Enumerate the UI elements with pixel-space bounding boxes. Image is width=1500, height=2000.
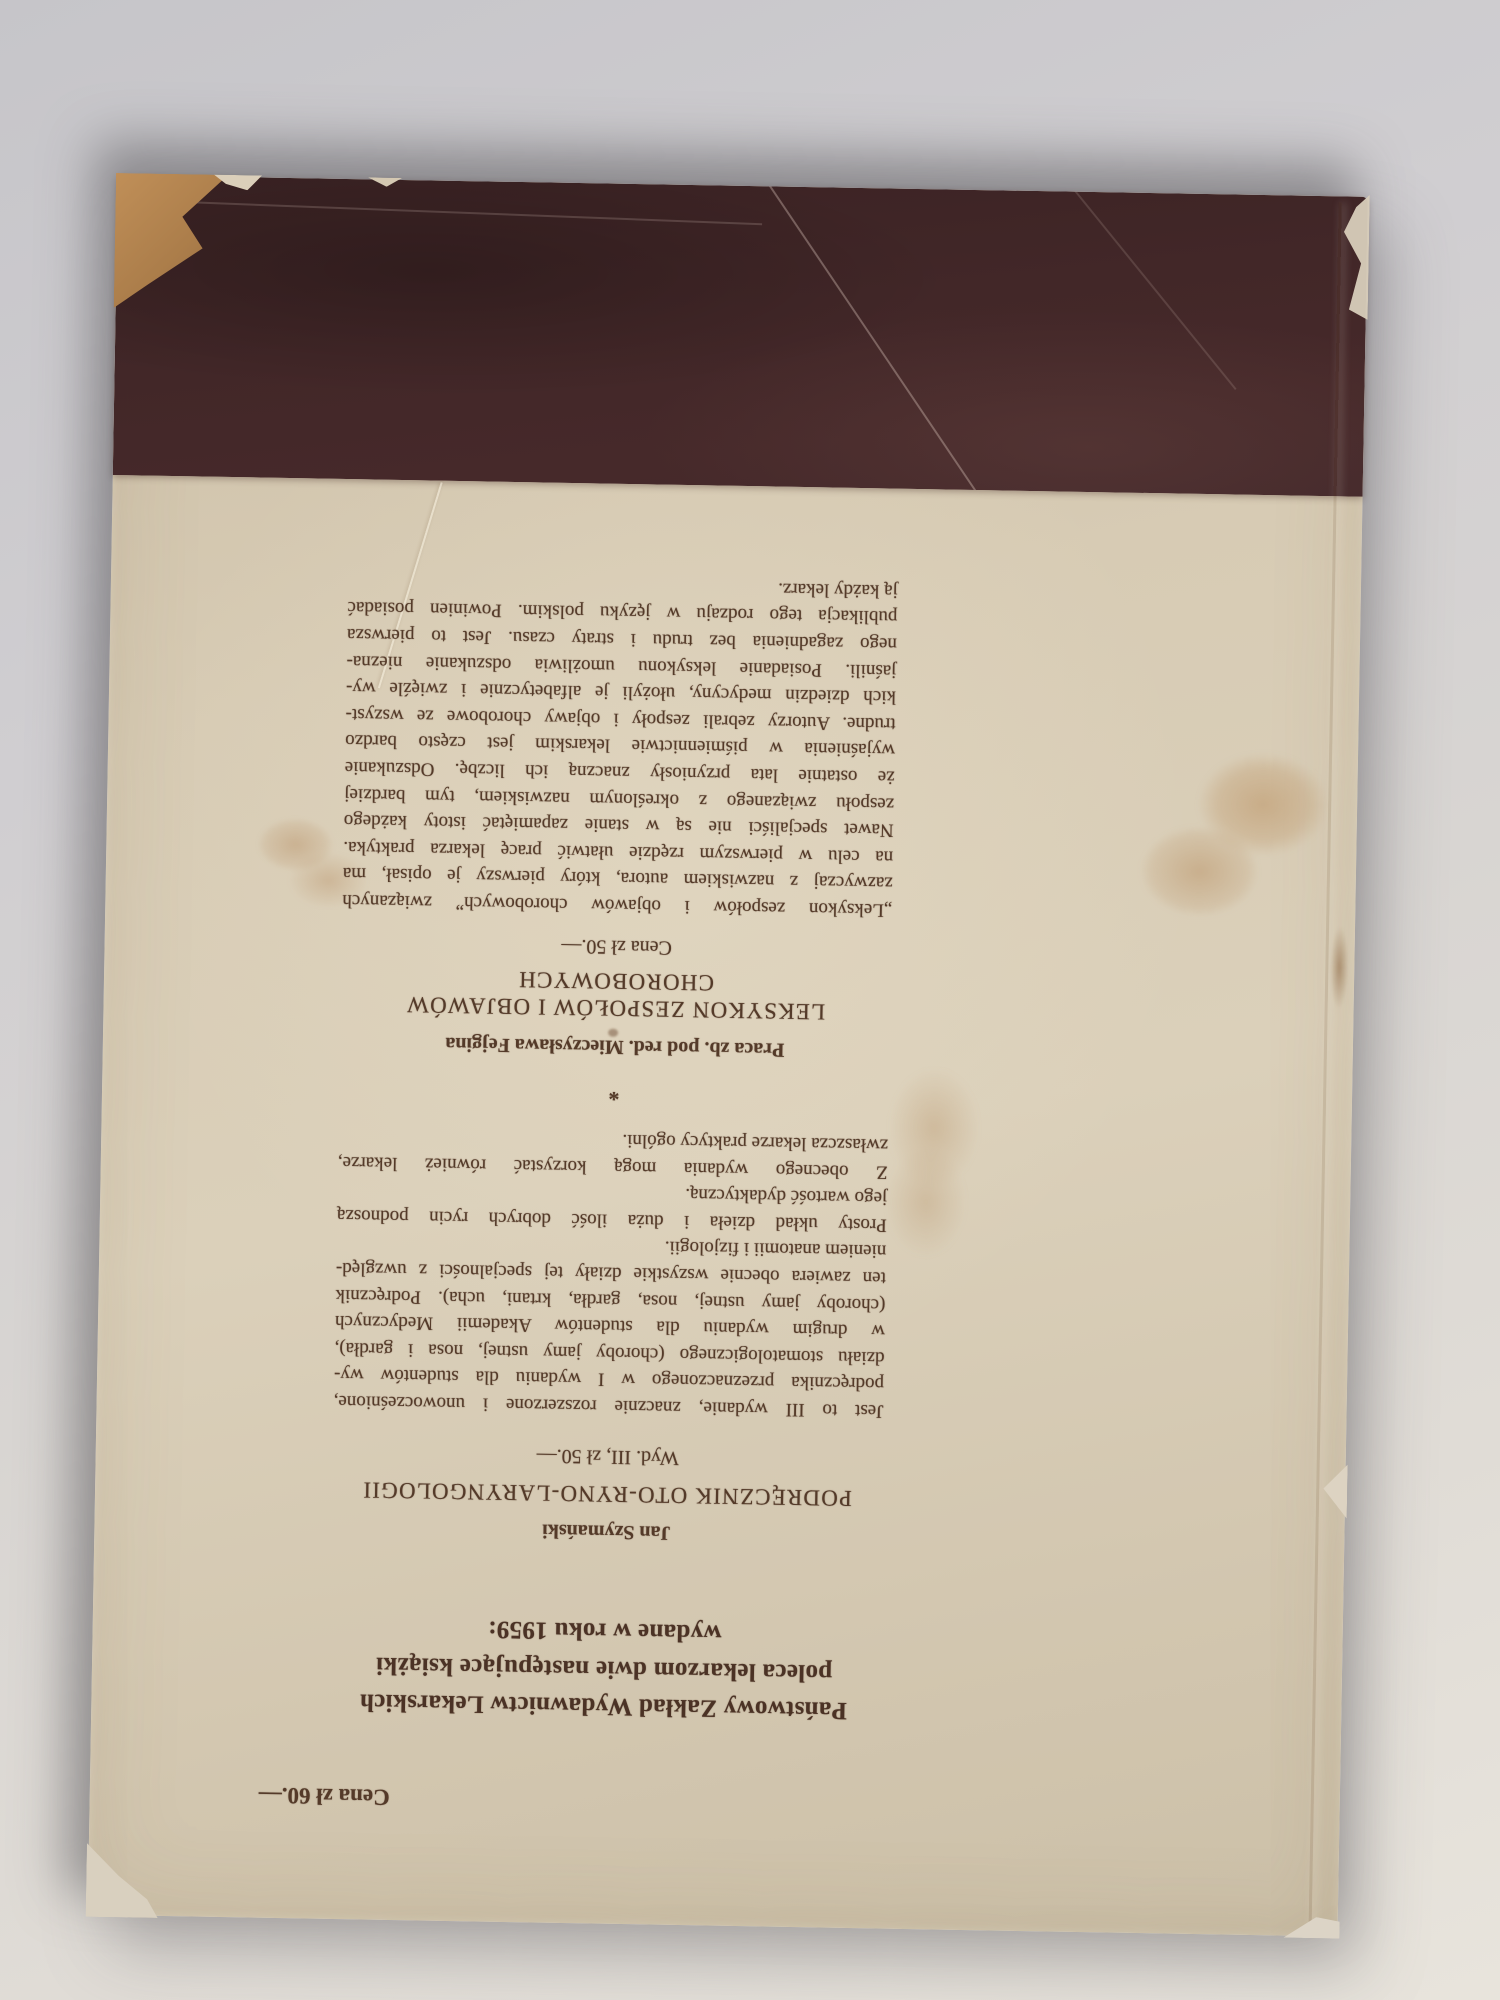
desk-surface: Cena zł 60.— Państwowy Zakład Wydawnictw… (0, 0, 1500, 2000)
publisher-year-line: wydane w roku 1959: (329, 1612, 879, 1650)
book2-editors: Praca zb. pod red. Mieczysława Fejgina (340, 1030, 890, 1063)
publisher-name: Państwowy Zakład Wydawnictw Lekarskich (328, 1687, 878, 1725)
book1-author: Jan Szymański (331, 1515, 881, 1548)
band-scratch-line (143, 199, 763, 225)
publisher-tagline: poleca lekarzom dwie następujące książki (329, 1650, 879, 1688)
cover-printed-text: Cena zł 60.— Państwowy Zakład Wydawnictw… (88, 475, 1363, 1937)
book1-blurb: Jest to III wydanie, znacznie rozszerzon… (333, 1121, 888, 1423)
book1-title: PODRĘCZNIK OTO-RYNO-LARYNGOLOGII (332, 1476, 882, 1512)
band-crease-line (766, 181, 986, 496)
separator-asterisk: * (339, 1075, 889, 1111)
cover-brown-band (113, 175, 1368, 497)
book1-edition-price: Wyd. III, zł 50.— (333, 1440, 883, 1473)
book-back-cover: Cena zł 60.— Państwowy Zakład Wydawnictw… (88, 175, 1368, 1937)
book2-price: Cena zł 50.— (341, 930, 891, 963)
band-crease-line (1071, 187, 1236, 390)
cover-price-note: Cena zł 60.— (220, 1781, 390, 1810)
book2-blurb: „Leksykon zespołów i objawów chorobowych… (342, 567, 898, 922)
